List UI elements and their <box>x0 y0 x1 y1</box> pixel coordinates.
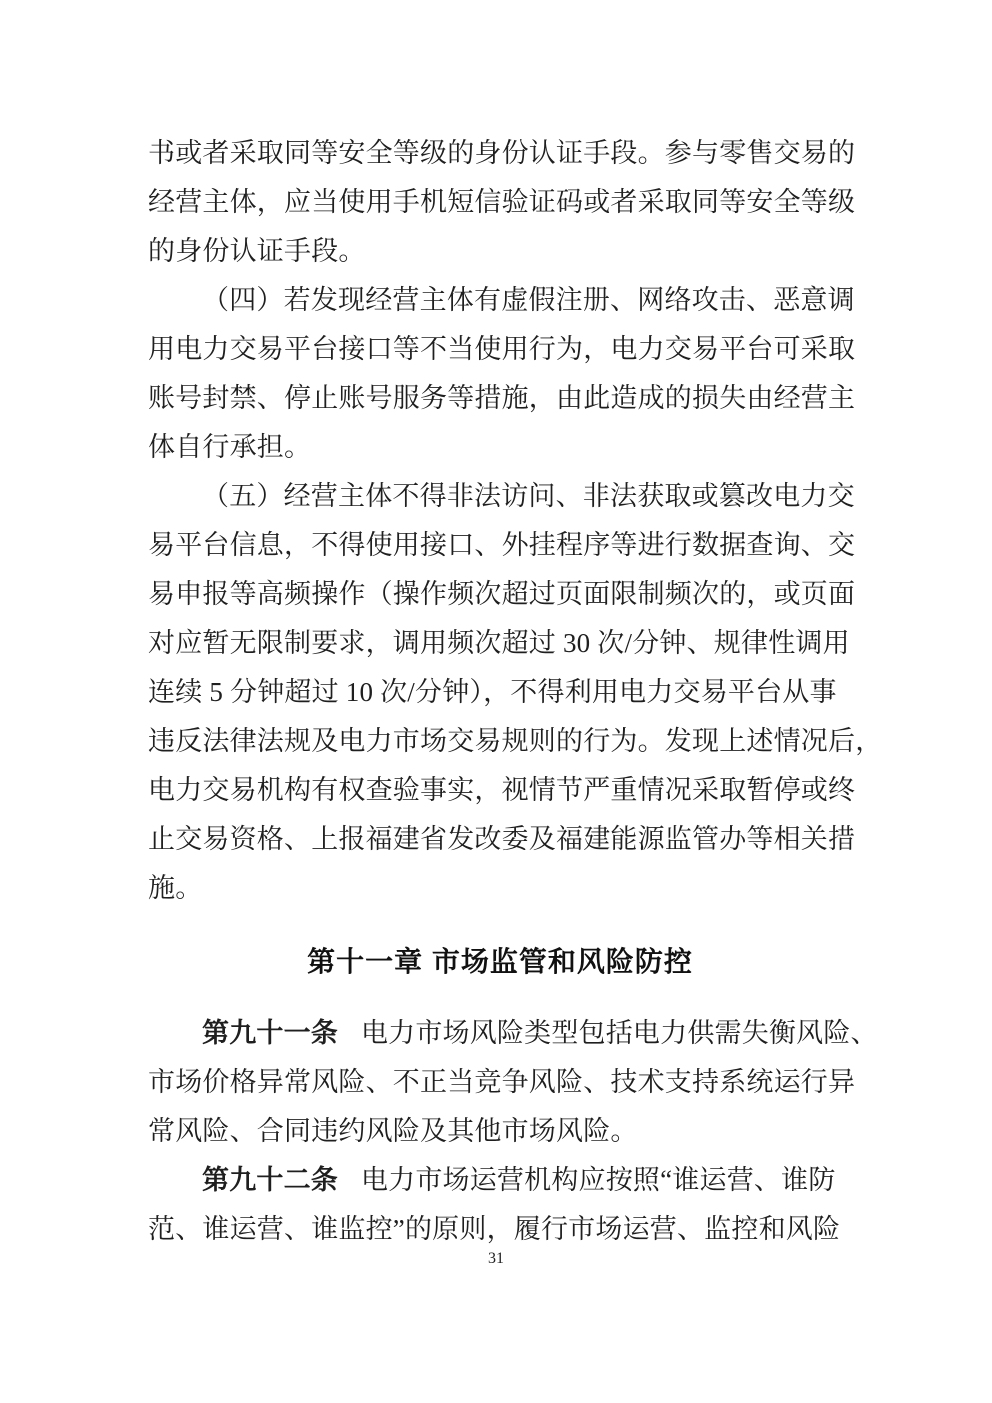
article-91-line-2: 市场价格异常风险、不正当竞争风险、技术支持系统运行异 <box>148 1058 852 1107</box>
article-92-number: 第九十二条 <box>202 1165 338 1195</box>
page-content: 书或者采取同等安全等级的身份认证手段。参与零售交易的 经营主体，应当使用手机短信… <box>148 129 852 1254</box>
body-line-1: 书或者采取同等安全等级的身份认证手段。参与零售交易的 <box>148 129 852 178</box>
clause-5-line-6: 违反法律法规及电力市场交易规则的行为。发现上述情况后， <box>148 717 852 766</box>
clause-4-line-4: 体自行承担。 <box>148 423 852 472</box>
body-line-2: 经营主体，应当使用手机短信验证码或者采取同等安全等级 <box>148 178 852 227</box>
clause-5-line-4: 对应暂无限制要求，调用频次超过 30 次/分钟、规律性调用 <box>148 619 852 668</box>
clause-5-line-7: 电力交易机构有权查验事实，视情节严重情况采取暂停或终 <box>148 766 852 815</box>
article-91-text: 电力市场风险类型包括电力供需失衡风险、 <box>361 1018 878 1048</box>
article-91-line-1: 第九十一条电力市场风险类型包括电力供需失衡风险、 <box>148 1009 852 1058</box>
clause-5-line-1: （五）经营主体不得非法访问、非法获取或篡改电力交 <box>148 472 852 521</box>
clause-4-line-3: 账号封禁、停止账号服务等措施，由此造成的损失由经营主 <box>148 374 852 423</box>
article-92-line-1: 第九十二条电力市场运营机构应按照“谁运营、谁防 <box>148 1156 852 1205</box>
clause-4-line-2: 用电力交易平台接口等不当使用行为，电力交易平台可采取 <box>148 325 852 374</box>
body-line-3: 的身份认证手段。 <box>148 227 852 276</box>
clause-5-line-3: 易申报等高频操作（操作频次超过页面限制频次的，或页面 <box>148 570 852 619</box>
clause-5-line-5: 连续 5 分钟超过 10 次/分钟），不得利用电力交易平台从事 <box>148 668 852 717</box>
chapter-heading: 第十一章 市场监管和风险防控 <box>148 937 852 986</box>
clause-4-line-1: （四）若发现经营主体有虚假注册、网络攻击、恶意调 <box>148 276 852 325</box>
page-number: 31 <box>0 1248 992 1270</box>
article-91-number: 第九十一条 <box>202 1018 338 1048</box>
clause-5-line-9: 施。 <box>148 864 852 913</box>
article-91-line-3: 常风险、合同违约风险及其他市场风险。 <box>148 1107 852 1156</box>
clause-5-line-8: 止交易资格、上报福建省发改委及福建能源监管办等相关措 <box>148 815 852 864</box>
article-92-text: 电力市场运营机构应按照“谁运营、谁防 <box>361 1165 836 1195</box>
clause-5-line-2: 易平台信息，不得使用接口、外挂程序等进行数据查询、交 <box>148 521 852 570</box>
document-page: 书或者采取同等安全等级的身份认证手段。参与零售交易的 经营主体，应当使用手机短信… <box>0 0 992 1403</box>
article-92-line-2: 范、谁运营、谁监控”的原则，履行市场运营、监控和风险 <box>148 1205 852 1254</box>
